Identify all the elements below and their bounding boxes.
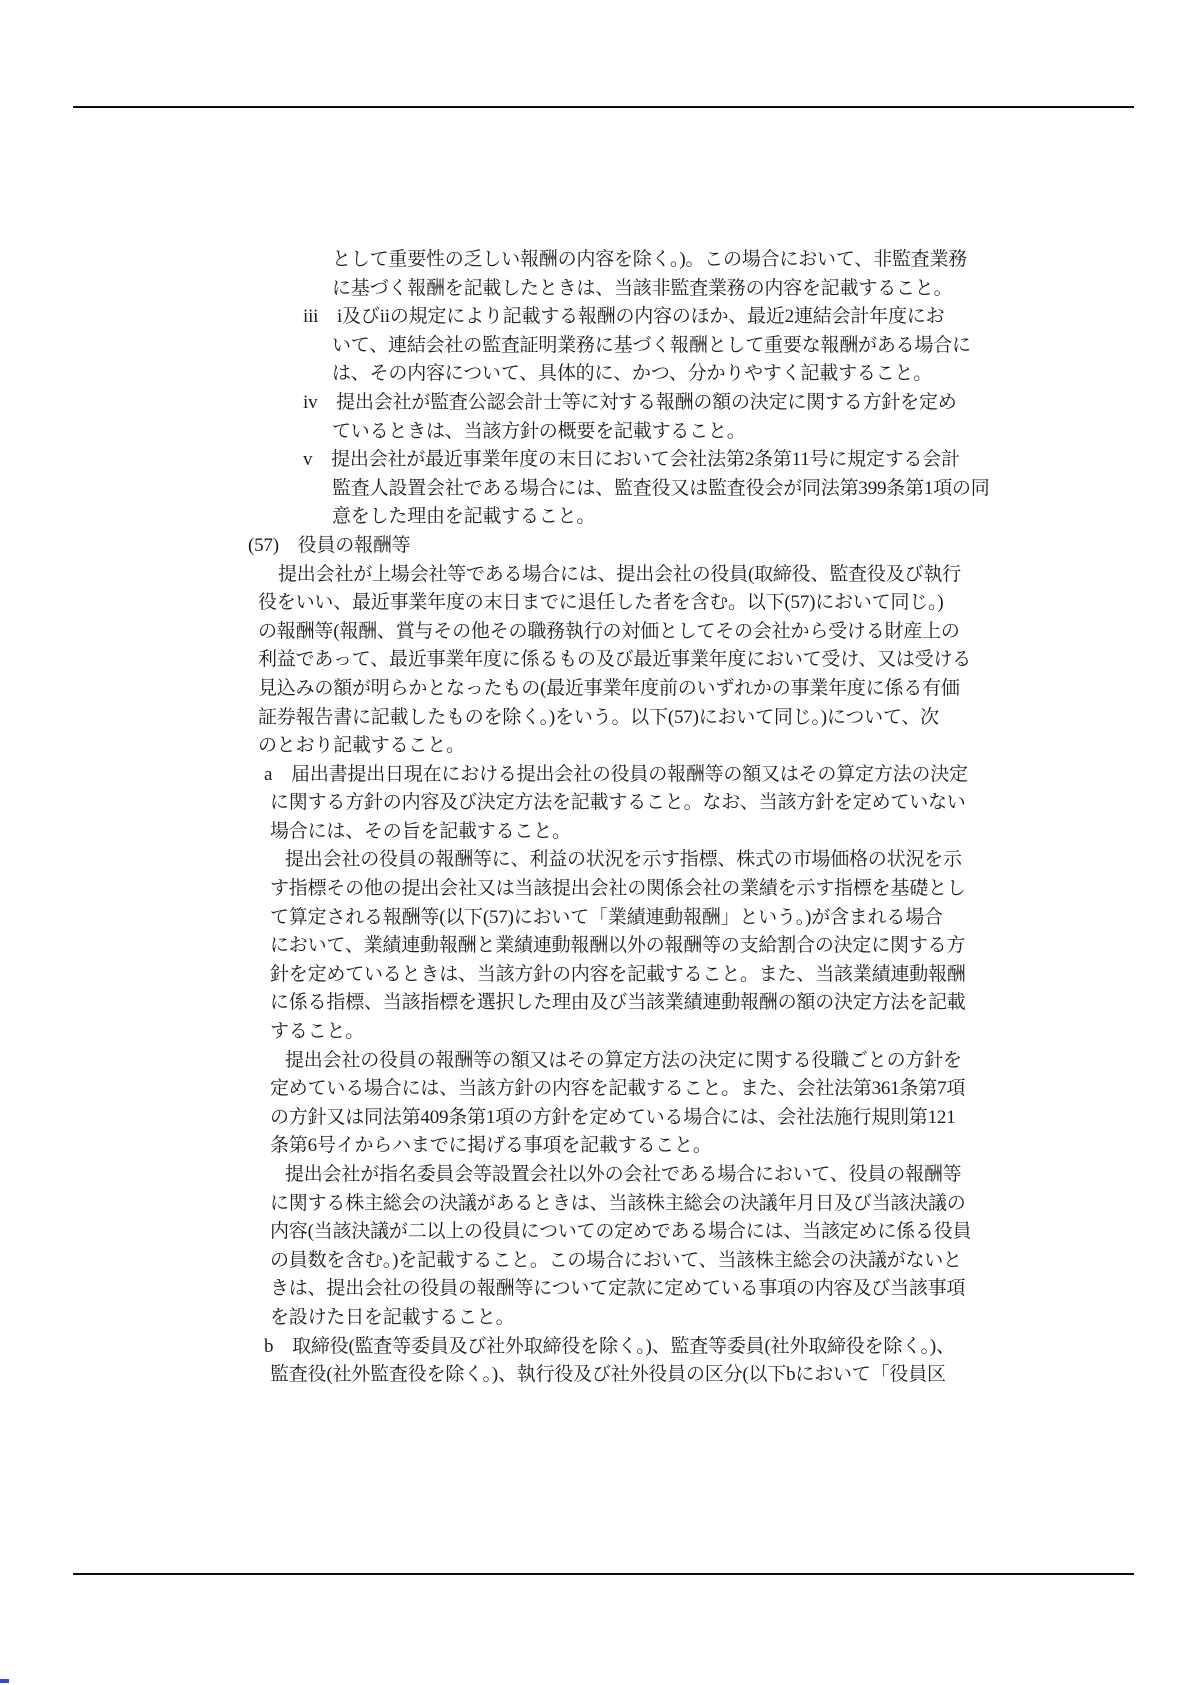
list-item-v: v 提出会社が最近事業年度の末日において会社法第2条第11号に規定する会計 bbox=[0, 446, 1192, 475]
document-text-block: として重要性の乏しい報酬の内容を除く。)。この場合において、非監査業務 に基づく… bbox=[0, 246, 1192, 1390]
text-line: 場合には、その旨を記載すること。 bbox=[0, 818, 1192, 847]
list-item-b: b 取締役(監査等委員及び社外取締役を除く。)、監査等委員(社外取締役を除く。)… bbox=[0, 1333, 1192, 1362]
text-line: の員数を含む。)を記載すること。この場合において、当該株主総会の決議がないと bbox=[0, 1247, 1192, 1276]
text-line: は、その内容について、具体的に、かつ、分かりやすく記載すること。 bbox=[0, 360, 1192, 389]
text-line: 条第6号イからハまでに掲げる事項を記載すること。 bbox=[0, 1132, 1192, 1161]
text-line: に関する方針の内容及び決定方法を記載すること。なお、当該方針を定めていない bbox=[0, 789, 1192, 818]
text-line: に基づく報酬を記載したときは、当該非監査業務の内容を記載すること。 bbox=[0, 275, 1192, 304]
text-line: 内容(当該決議が二以上の役員についての定めである場合には、当該定めに係る役員 bbox=[0, 1218, 1192, 1247]
text-line: 監査人設置会社である場合には、監査役又は監査役会が同法第399条第1項の同 bbox=[0, 475, 1192, 504]
text-line: において、業績連動報酬と業績連動報酬以外の報酬等の支給割合の決定に関する方 bbox=[0, 932, 1192, 961]
text-line: きは、提出会社の役員の報酬等について定款に定めている事項の内容及び当該事項 bbox=[0, 1275, 1192, 1304]
text-line: 提出会社の役員の報酬等の額又はその算定方法の決定に関する役職ごとの方針を bbox=[0, 1047, 1192, 1076]
text-line: て算定される報酬等(以下(57)において「業績連動報酬」という。)が含まれる場合 bbox=[0, 904, 1192, 933]
list-item-iii: iii i及びiiの規定により記載する報酬の内容のほか、最近2連結会計年度にお bbox=[0, 303, 1192, 332]
text-line: を設けた日を記載すること。 bbox=[0, 1304, 1192, 1333]
text-line: の報酬等(報酬、賞与その他その職務執行の対価としてその会社から受ける財産上の bbox=[0, 618, 1192, 647]
text-line: 定めている場合には、当該方針の内容を記載すること。また、会社法第361条第7項 bbox=[0, 1075, 1192, 1104]
text-line: 提出会社の役員の報酬等に、利益の状況を示す指標、株式の市場価格の状況を示 bbox=[0, 846, 1192, 875]
text-line: 利益であって、最近事業年度に係るもの及び最近事業年度において受け、又は受ける bbox=[0, 646, 1192, 675]
text-line: 意をした理由を記載すること。 bbox=[0, 503, 1192, 532]
text-line: いて、連結会社の監査証明業務に基づく報酬として重要な報酬がある場合に bbox=[0, 332, 1192, 361]
section-heading-57: (57) 役員の報酬等 bbox=[0, 532, 1192, 561]
list-item-a: a 届出書提出日現在における提出会社の役員の報酬等の額又はその算定方法の決定 bbox=[0, 761, 1192, 790]
header-rule bbox=[73, 106, 1134, 108]
text-line: 提出会社が指名委員会等設置会社以外の会社である場合において、役員の報酬等 bbox=[0, 1161, 1192, 1190]
text-line: す指標その他の提出会社又は当該提出会社の関係会社の業績を示す指標を基礎とし bbox=[0, 875, 1192, 904]
text-line: すること。 bbox=[0, 1018, 1192, 1047]
text-line: 針を定めているときは、当該方針の内容を記載すること。また、当該業績連動報酬 bbox=[0, 961, 1192, 990]
document-page: として重要性の乏しい報酬の内容を除く。)。この場合において、非監査業務 に基づく… bbox=[0, 0, 1192, 1685]
text-line: として重要性の乏しい報酬の内容を除く。)。この場合において、非監査業務 bbox=[0, 246, 1192, 275]
text-line: に係る指標、当該指標を選択した理由及び当該業績連動報酬の額の決定方法を記載 bbox=[0, 989, 1192, 1018]
page-corner-mark bbox=[0, 1679, 9, 1683]
text-line: 監査役(社外監査役を除く。)、執行役及び社外役員の区分(以下bにおいて「役員区 bbox=[0, 1361, 1192, 1390]
text-line: 提出会社が上場会社等である場合には、提出会社の役員(取締役、監査役及び執行 bbox=[0, 561, 1192, 590]
text-line: 証券報告書に記載したものを除く。)をいう。以下(57)において同じ。)について、… bbox=[0, 704, 1192, 733]
text-line: のとおり記載すること。 bbox=[0, 732, 1192, 761]
text-line: に関する株主総会の決議があるときは、当該株主総会の決議年月日及び当該決議の bbox=[0, 1190, 1192, 1219]
list-item-iv: iv 提出会社が監査公認会計士等に対する報酬の額の決定に関する方針を定め bbox=[0, 389, 1192, 418]
footer-rule bbox=[73, 1573, 1134, 1575]
text-line: の方針又は同法第409条第1項の方針を定めている場合には、会社法施行規則第121 bbox=[0, 1104, 1192, 1133]
text-line: 役をいい、最近事業年度の末日までに退任した者を含む。以下(57)において同じ。) bbox=[0, 589, 1192, 618]
text-line: ているときは、当該方針の概要を記載すること。 bbox=[0, 418, 1192, 447]
text-line: 見込みの額が明らかとなったもの(最近事業年度前のいずれかの事業年度に係る有価 bbox=[0, 675, 1192, 704]
